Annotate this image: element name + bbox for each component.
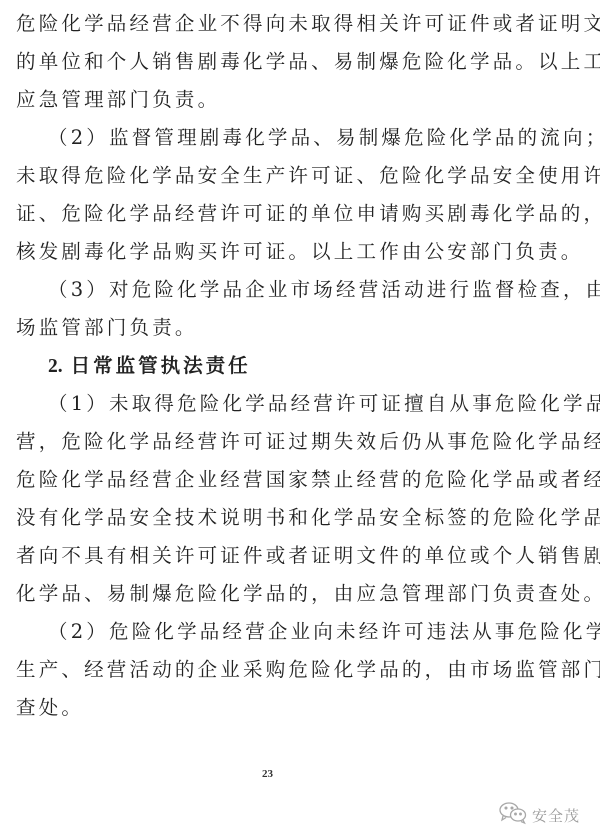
text-line: 未取得危险化学品安全生产许可证、危险化学品安全使用许可 [16, 164, 600, 188]
text-line: 化学品、易制爆危险化学品的，由应急管理部门负责查处。 [16, 582, 600, 606]
paragraph-start: （2）监督管理剧毒化学品、易制爆危险化学品的流向；对 [48, 126, 600, 150]
text-line: 没有化学品安全技术说明书和化学品安全标签的危险化学品，或 [16, 506, 600, 530]
text-line: 营，危险化学品经营许可证过期失效后仍从事危险化学品经营， [16, 430, 600, 454]
text-line: 危险化学品经营企业不得向未取得相关许可证件或者证明文件 [16, 12, 600, 36]
watermark-text: 安全茂 [532, 805, 580, 826]
text-line: 查处。 [16, 696, 84, 720]
text-line: 应急管理部门负责。 [16, 88, 220, 112]
page-number: 23 [262, 768, 273, 780]
text-line: 生产、经营活动的企业采购危险化学品的，由市场监管部门负责 [16, 658, 600, 682]
text-line: 者向不具有相关许可证件或者证明文件的单位或个人销售剧毒 [16, 544, 600, 568]
section-heading: 2.日常监管执法责任 [48, 354, 251, 379]
heading-number: 2. [48, 356, 63, 377]
paragraph-start: （1）未取得危险化学品经营许可证擅自从事危险化学品经 [48, 392, 600, 416]
wechat-icon [498, 801, 528, 829]
watermark: 安全茂 [498, 801, 580, 829]
heading-text: 日常监管执法责任 [71, 354, 251, 377]
paragraph-start: （2）危险化学品经营企业向未经许可违法从事危险化学品 [48, 620, 600, 644]
text-line: 场监管部门负责。 [16, 316, 198, 340]
text-line: 的单位和个人销售剧毒化学品、易制爆危险化学品。以上工作由 [16, 50, 600, 74]
text-line: 证、危险化学品经营许可证的单位申请购买剧毒化学品的，审查 [16, 202, 600, 226]
paragraph-start: （3）对危险化学品企业市场经营活动进行监督检查，由市 [48, 278, 600, 302]
text-line: 核发剧毒化学品购买许可证。以上工作由公安部门负责。 [16, 240, 584, 264]
text-line: 危险化学品经营企业经营国家禁止经营的危险化学品或者经营 [16, 468, 600, 492]
document-page: 危险化学品经营企业不得向未取得相关许可证件或者证明文件 的单位和个人销售剧毒化学… [0, 0, 600, 838]
